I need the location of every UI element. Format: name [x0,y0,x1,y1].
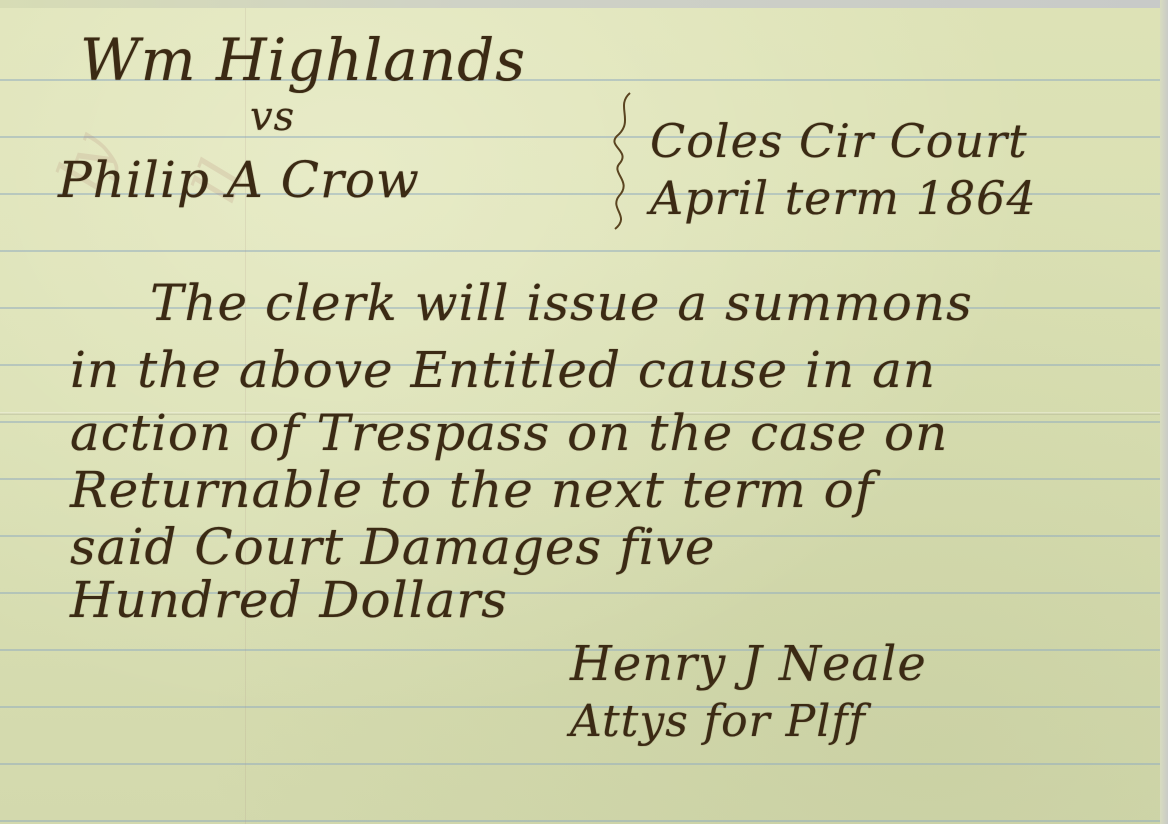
caption-brace-icon [605,91,645,231]
body-line: Returnable to the next term of [70,461,874,519]
body-line: Hundred Dollars [70,571,508,629]
body-line: The clerk will issue a summons [150,274,973,332]
scan-border-right [1160,0,1168,824]
caption-defendant: Philip A Crow [58,151,420,209]
body-line: in the above Entitled cause in an [70,341,936,399]
body-line: said Court Damages five [70,518,715,576]
signature-role: Attys for Plff [570,696,866,747]
caption-versus: vs [250,94,295,140]
caption-court: Coles Cir Court [650,114,1028,168]
caption-term: April term 1864 [650,171,1037,225]
scan-border-top [0,0,1168,8]
caption-plaintiff: Wm Highlands [80,26,526,94]
signature-name: Henry J Neale [570,636,927,692]
body-line: action of Trespass on the case on [70,404,948,462]
document-page: ly ll Wm Highlands vs Philip A Crow Cole… [0,6,1160,824]
